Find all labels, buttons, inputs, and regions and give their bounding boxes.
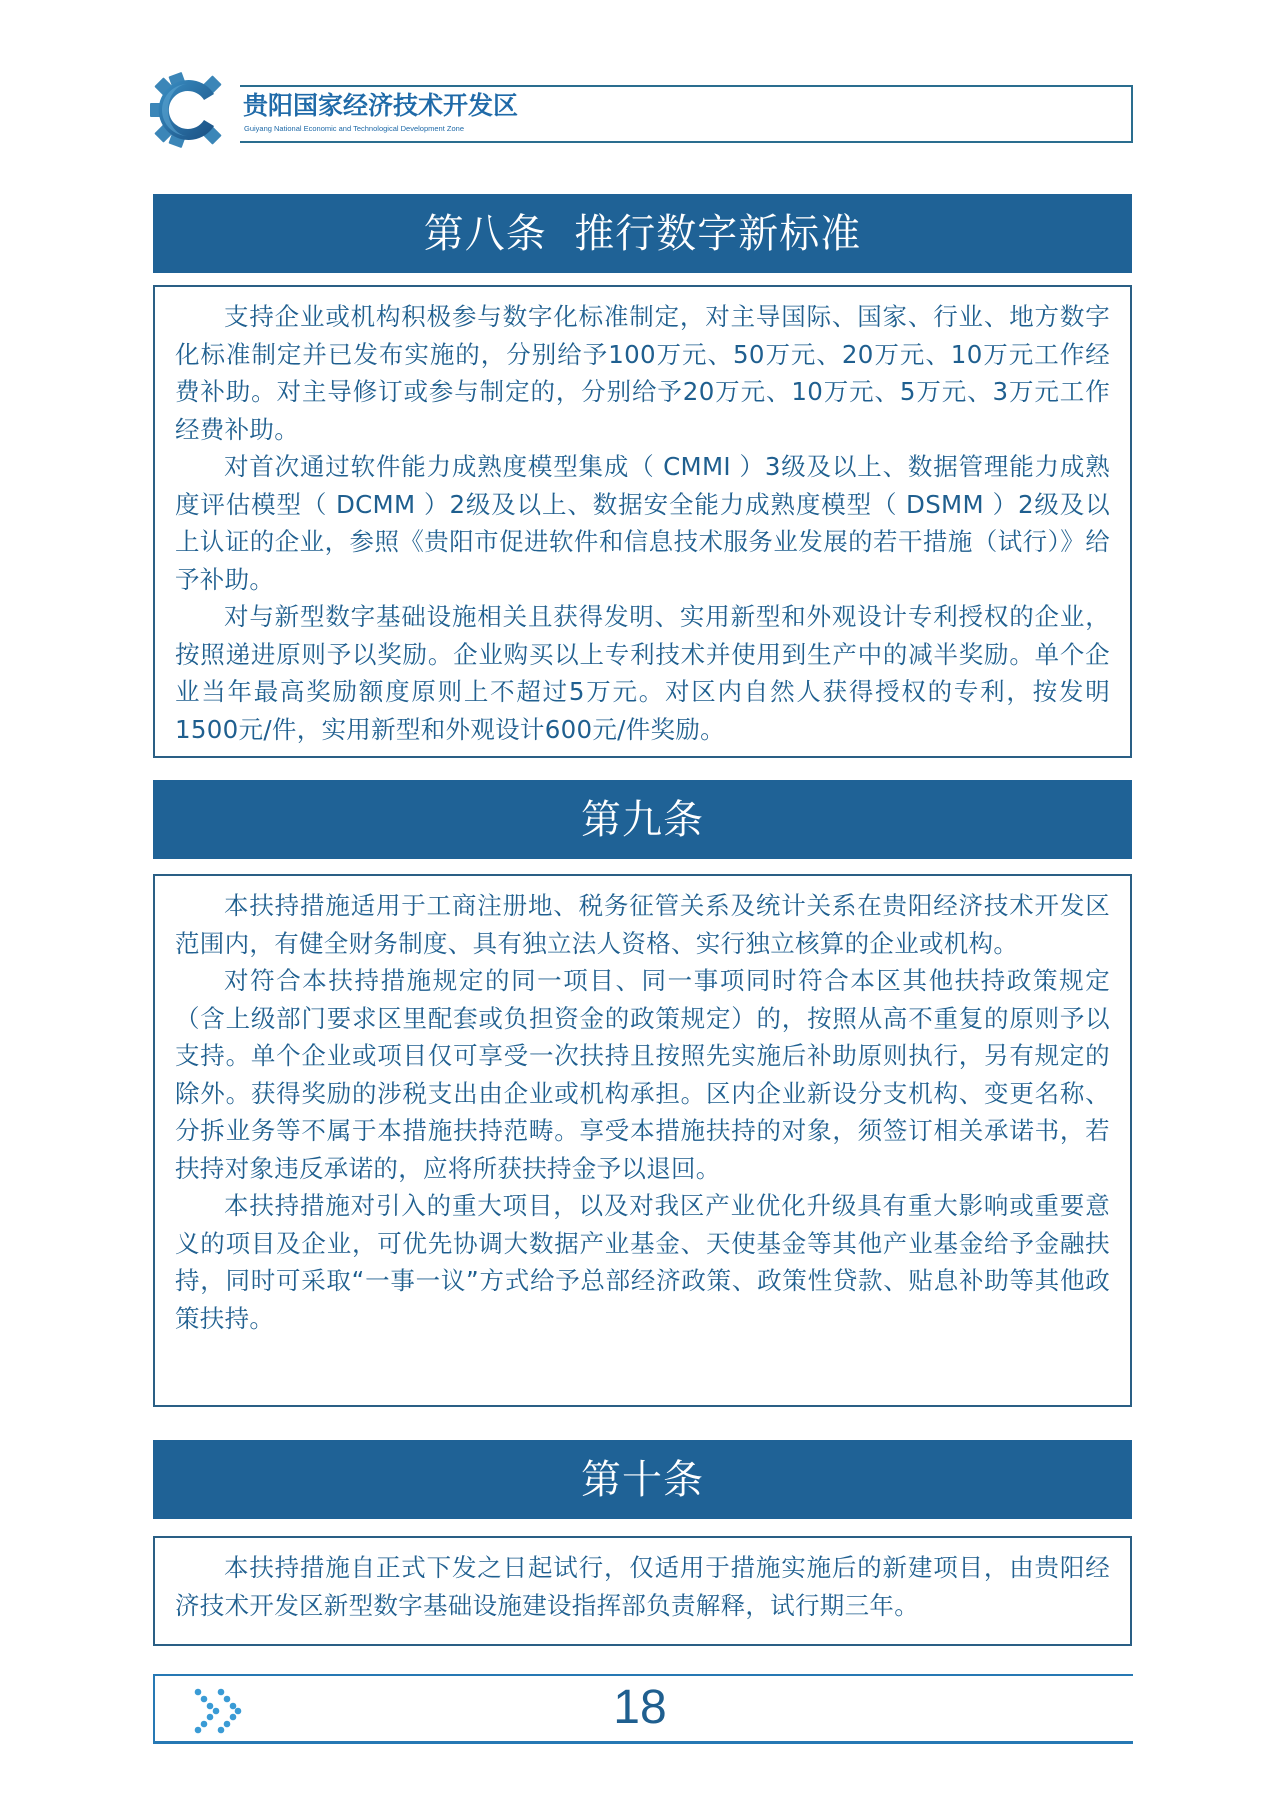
org-title: 贵阳国家经济技术开发区 (243, 92, 518, 120)
paragraph: 本扶持措施自正式下发之日起试行，仅适用于措施实施后的新建项目，由贵阳经济技术开发… (175, 1549, 1110, 1624)
paragraph: 本扶持措施适用于工商注册地、税务征管关系及统计关系在贵阳经济技术开发区范围内，有… (175, 887, 1110, 962)
org-subtitle: Guiyang National Economic and Technologi… (244, 124, 464, 133)
section-body-article-8: 支持企业或机构积极参与数字化标准制定，对主导国际、国家、行业、地方数字化标准制定… (153, 285, 1132, 758)
paragraph: 对首次通过软件能力成熟度模型集成（ CMMI ）3级及以上、数据管理能力成熟度评… (175, 448, 1110, 598)
paragraph: 本扶持措施对引入的重大项目，以及对我区产业优化升级具有重大影响或重要意义的项目及… (175, 1187, 1110, 1337)
section-body-article-10: 本扶持措施自正式下发之日起试行，仅适用于措施实施后的新建项目，由贵阳经济技术开发… (153, 1536, 1132, 1646)
paragraph: 对与新型数字基础设施相关且获得发明、实用新型和外观设计专利授权的企业，按照递进原… (175, 598, 1110, 748)
section-banner-article-8: 第八条 推行数字新标准 (153, 194, 1132, 273)
section-banner-article-10: 第十条 (153, 1440, 1132, 1519)
gear-c-logo-icon (148, 70, 228, 150)
section-title: 第九条 (581, 800, 704, 840)
section-title: 第八条 推行数字新标准 (424, 214, 861, 254)
paragraph: 支持企业或机构积极参与数字化标准制定，对主导国际、国家、行业、地方数字化标准制定… (175, 298, 1110, 448)
section-title: 第十条 (581, 1460, 704, 1500)
double-chevron-dots-icon (192, 1686, 248, 1736)
paragraph: 对符合本扶持措施规定的同一项目、同一事项同时符合本区其他扶持政策规定（含上级部门… (175, 962, 1110, 1187)
section-body-article-9: 本扶持措施适用于工商注册地、税务征管关系及统计关系在贵阳经济技术开发区范围内，有… (153, 874, 1132, 1407)
page-number: 18 (600, 1680, 680, 1736)
section-banner-article-9: 第九条 (153, 780, 1132, 859)
